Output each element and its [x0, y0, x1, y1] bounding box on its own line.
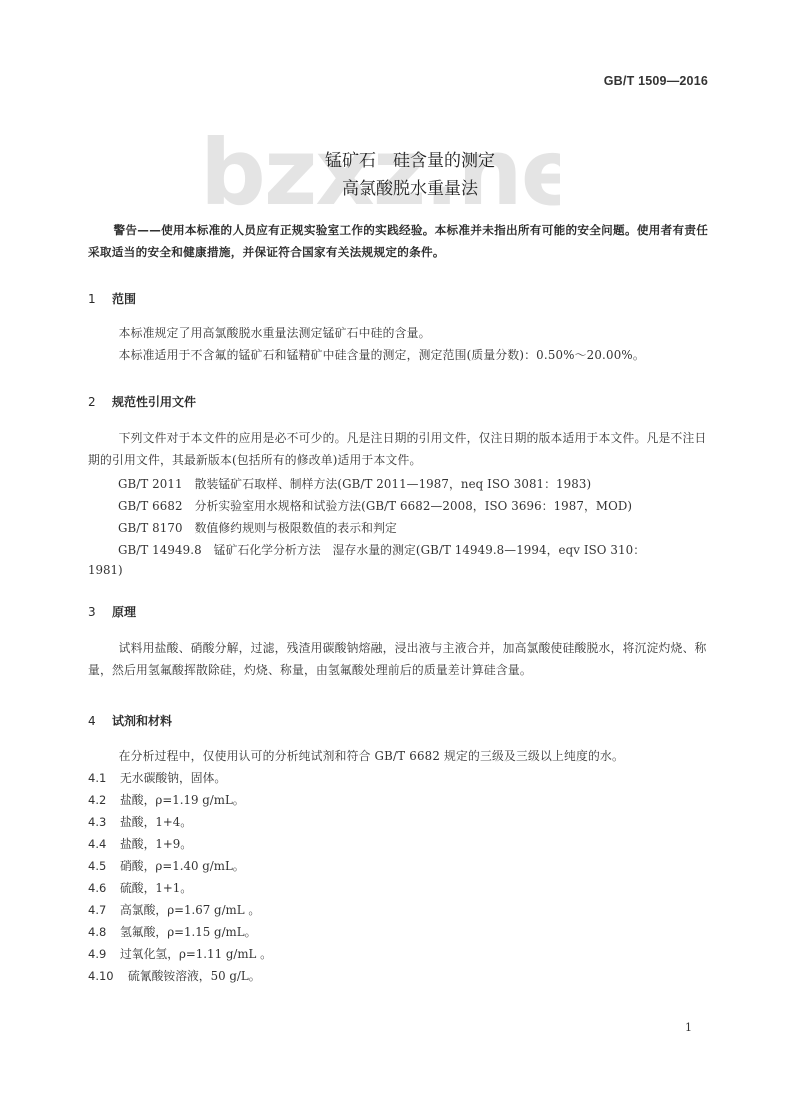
- document-title-line2: 高氯酸脱水重量法: [0, 174, 800, 199]
- reagent-item: 4.8氢氟酸，ρ=1.15 g/mL。: [88, 923, 256, 940]
- item-text: 盐酸，ρ=1.19 g/mL。: [120, 793, 245, 807]
- paragraph: 试料用盐酸、硝酸分解，过滤，残渣用碳酸钠熔融，浸出液与主液合并，加高氯酸使硅酸脱…: [88, 637, 718, 681]
- warning-paragraph: 警告——使用本标准的人员应有正规实验室工作的实践经验。本标准并未指出所有可能的安…: [88, 219, 718, 263]
- item-number: 4.8: [88, 925, 120, 939]
- reagent-item: 4.5硝酸，ρ=1.40 g/mL。: [88, 857, 245, 874]
- document-title-line1: 锰矿石 硅含量的测定: [0, 146, 800, 171]
- item-text: 过氧化氢，ρ=1.11 g/mL 。: [120, 947, 272, 961]
- section-number: 1: [88, 292, 112, 306]
- section-number: 4: [88, 714, 112, 728]
- standard-code: GB/T 1509—2016: [604, 74, 708, 88]
- item-number: 4.3: [88, 815, 120, 829]
- reagent-item: 4.2盐酸，ρ=1.19 g/mL。: [88, 791, 245, 808]
- reagent-item: 4.1无水碳酸钠，固体。: [88, 769, 226, 786]
- item-text: 硫酸，1+1。: [120, 881, 192, 895]
- reagent-item: 4.7高氯酸，ρ=1.67 g/mL 。: [88, 901, 260, 918]
- reference-code: GB/T 14949.8: [118, 543, 202, 557]
- reference-item: GB/T 6682分析实验室用水规格和试验方法(GB/T 6682—2008，I…: [118, 497, 632, 514]
- section-heading-scope: 1范围: [88, 290, 136, 307]
- reference-code: GB/T 8170: [118, 521, 183, 535]
- reference-continuation: 1981): [88, 563, 123, 577]
- section-heading-normative-references: 2规范性引用文件: [88, 393, 196, 410]
- item-number: 4.7: [88, 903, 120, 917]
- item-text: 高氯酸，ρ=1.67 g/mL 。: [120, 903, 260, 917]
- item-text: 盐酸，1+4。: [120, 815, 192, 829]
- item-text: 硝酸，ρ=1.40 g/mL。: [120, 859, 245, 873]
- item-text: 无水碳酸钠，固体。: [120, 771, 226, 785]
- paragraph: 本标准适用于不含氟的锰矿石和锰精矿中硅含量的测定，测定范围(质量分数)：0.50…: [88, 344, 718, 366]
- reference-code: GB/T 2011: [118, 477, 183, 491]
- page-number: 1: [685, 1021, 692, 1034]
- reference-item: GB/T 8170数值修约规则与极限数值的表示和判定: [118, 519, 397, 536]
- section-number: 2: [88, 395, 112, 409]
- section-title: 试剂和材料: [112, 714, 172, 728]
- item-number: 4.4: [88, 837, 120, 851]
- reagent-item: 4.6硫酸，1+1。: [88, 879, 192, 896]
- paragraph: 本标准规定了用高氯酸脱水重量法测定锰矿石中硅的含量。: [88, 322, 718, 344]
- item-number: 4.6: [88, 881, 120, 895]
- paragraph: 下列文件对于本文件的应用是必不可少的。凡是注日期的引用文件，仅注日期的版本适用于…: [88, 427, 718, 471]
- reagent-item: 4.3盐酸，1+4。: [88, 813, 192, 830]
- section-title: 规范性引用文件: [112, 395, 196, 409]
- item-number: 4.1: [88, 771, 120, 785]
- reference-title: 数值修约规则与极限数值的表示和判定: [195, 521, 397, 535]
- item-text: 盐酸，1+9。: [120, 837, 192, 851]
- reference-title: 散装锰矿石取样、制样方法(GB/T 2011—1987，neq ISO 3081…: [195, 477, 592, 491]
- item-text: 氢氟酸，ρ=1.15 g/mL。: [120, 925, 256, 939]
- item-number: 4.2: [88, 793, 120, 807]
- section-title: 范围: [112, 292, 136, 306]
- item-text: 硫氰酸铵溶液，50 g/L。: [128, 969, 261, 983]
- reagent-item: 4.10硫氰酸铵溶液，50 g/L。: [88, 967, 261, 984]
- reference-code: GB/T 6682: [118, 499, 183, 513]
- section-heading-reagents: 4试剂和材料: [88, 712, 172, 729]
- reagent-item: 4.9过氧化氢，ρ=1.11 g/mL 。: [88, 945, 272, 962]
- reference-item: GB/T 2011散装锰矿石取样、制样方法(GB/T 2011—1987，neq…: [118, 475, 591, 492]
- section-heading-principle: 3原理: [88, 603, 136, 620]
- item-number: 4.9: [88, 947, 120, 961]
- reference-title: 锰矿石化学分析方法 湿存水量的测定(GB/T 14949.8—1994，eqv …: [214, 543, 645, 557]
- item-number: 4.5: [88, 859, 120, 873]
- item-number: 4.10: [88, 969, 128, 983]
- section-title: 原理: [112, 605, 136, 619]
- paragraph: 在分析过程中，仅使用认可的分析纯试剂和符合 GB/T 6682 规定的三级及三级…: [88, 745, 718, 767]
- section-number: 3: [88, 605, 112, 619]
- reference-item: GB/T 14949.8锰矿石化学分析方法 湿存水量的测定(GB/T 14949…: [118, 541, 645, 558]
- reference-title: 分析实验室用水规格和试验方法(GB/T 6682—2008，ISO 3696：1…: [195, 499, 633, 513]
- reagent-item: 4.4盐酸，1+9。: [88, 835, 192, 852]
